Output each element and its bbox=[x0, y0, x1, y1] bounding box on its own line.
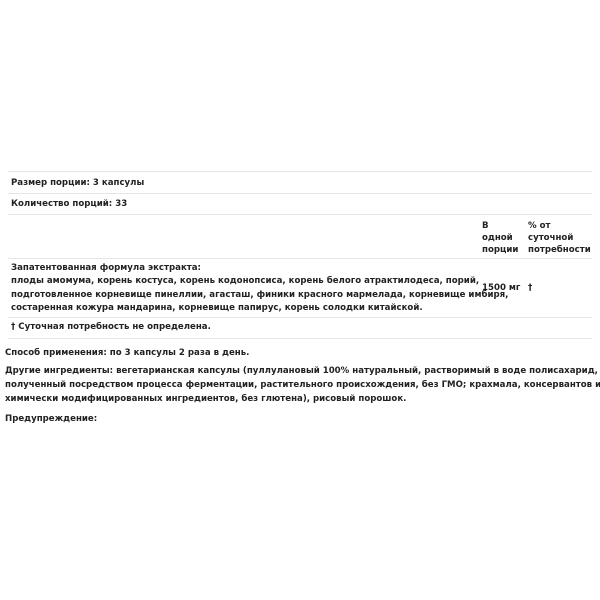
other-ingredients-line: химически модифицированных ингредиентов,… bbox=[5, 393, 600, 407]
ingredient-line: подготовленное корневище пинеллии, агаст… bbox=[11, 289, 508, 302]
column-header-daily-value: % от суточной потребности bbox=[528, 220, 591, 256]
other-ingredients: Другие ингредиенты: вегетарианская капсу… bbox=[5, 365, 600, 406]
divider bbox=[8, 258, 592, 259]
header-line: В bbox=[482, 220, 518, 232]
column-header-per-serving: В одной порции bbox=[482, 220, 518, 256]
ingredient-line: состаренная кожура мандарина, корневище … bbox=[11, 302, 508, 315]
divider bbox=[8, 214, 592, 215]
header-line: одной bbox=[482, 232, 518, 244]
servings-per-container: Количество порций: 33 bbox=[11, 198, 127, 210]
ingredient-line: плоды амомума, корень костуса, корень ко… bbox=[11, 275, 508, 288]
ingredient-daily-value: † bbox=[528, 283, 532, 293]
directions-text: Способ применения: по 3 капсулы 2 раза в… bbox=[5, 347, 249, 361]
divider bbox=[8, 317, 592, 318]
divider bbox=[8, 171, 592, 172]
other-ingredients-line: Другие ингредиенты: вегетарианская капсу… bbox=[5, 365, 600, 379]
footnote: † Суточная потребность не определена. bbox=[11, 321, 211, 333]
other-ingredients-line: полученный посредством процесса фермента… bbox=[5, 379, 600, 393]
divider bbox=[8, 193, 592, 194]
ingredient-line: Запатентованная формула экстракта: bbox=[11, 262, 508, 275]
directions: Способ применения: по 3 капсулы 2 раза в… bbox=[5, 347, 249, 361]
serving-size: Размер порции: 3 капсулы bbox=[11, 177, 144, 189]
warning: Предупреждение: bbox=[5, 413, 97, 427]
divider bbox=[8, 338, 592, 339]
ingredient-name: Запатентованная формула экстракта: плоды… bbox=[11, 262, 508, 316]
ingredient-amount: 1500 мг bbox=[482, 283, 520, 293]
header-line: % от bbox=[528, 220, 591, 232]
header-line: суточной bbox=[528, 232, 591, 244]
header-line: порции bbox=[482, 244, 518, 256]
header-line: потребности bbox=[528, 244, 591, 256]
warning-label: Предупреждение: bbox=[5, 413, 97, 427]
